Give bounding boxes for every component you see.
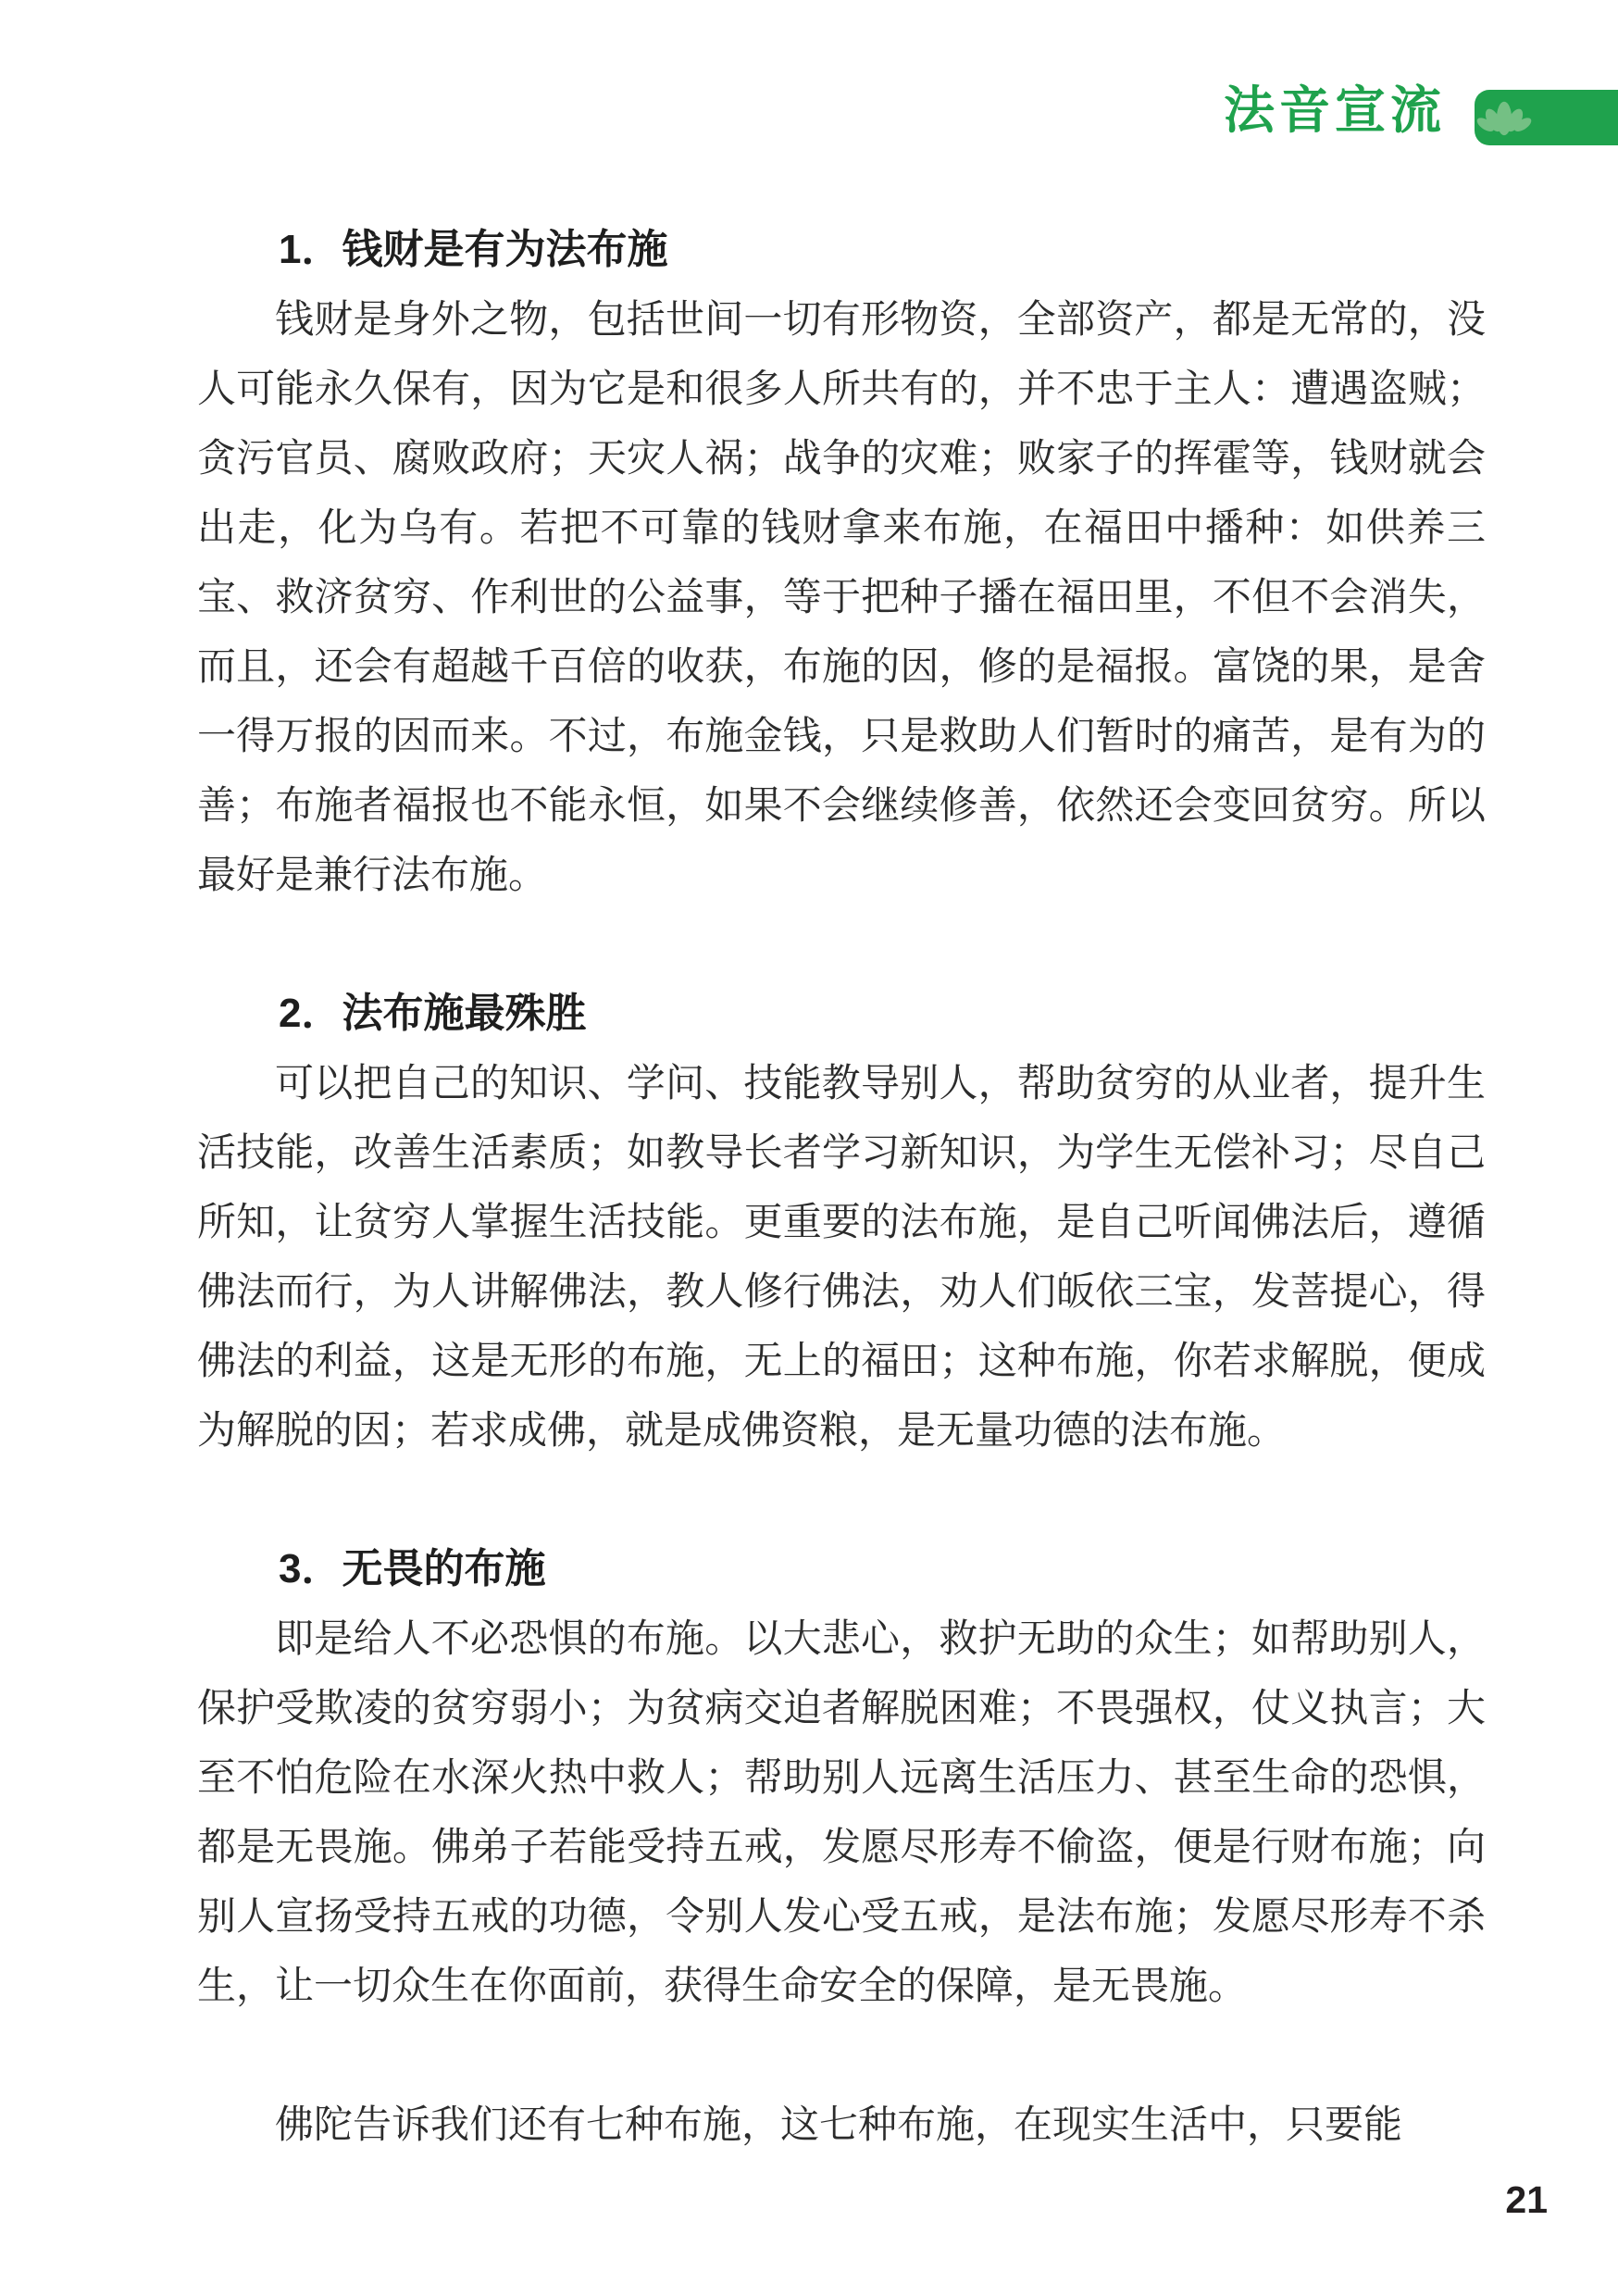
page-content: 1．钱财是有为法布施 钱财是身外之物，包括世间一切有形物资，全部资产，都是无常的… <box>197 215 1486 2159</box>
header-tab <box>1475 90 1618 145</box>
page-header-brand: 法音宣流 <box>1224 85 1446 136</box>
lotus-icon <box>1475 97 1532 138</box>
section-3-heading: 3．无畏的布施 <box>197 1534 1486 1603</box>
section-1-paragraph: 钱财是身外之物，包括世间一切有形物资，全部资产，都是无常的，没人可能永久保有，因… <box>197 284 1486 909</box>
section-2-heading: 2．法布施最殊胜 <box>197 979 1486 1048</box>
section-1-heading: 1．钱财是有为法布施 <box>197 215 1486 284</box>
closing-paragraph: 佛陀告诉我们还有七种布施，这七种布施，在现实生活中，只要能 <box>197 2090 1486 2159</box>
document-page: 法音宣流 1．钱财是有为法布施 钱财是身外之物，包括世间一切有形物资，全部资产，… <box>0 0 1618 2296</box>
section-2-paragraph: 可以把自己的知识、学问、技能教导别人，帮助贫穷的从业者，提升生活技能，改善生活素… <box>197 1048 1486 1465</box>
page-number: 21 <box>1505 2181 1548 2219</box>
section-3-paragraph: 即是给人不必恐惧的布施。以大悲心，救护无助的众生；如帮助别人，保护受欺凌的贫穷弱… <box>197 1603 1486 2020</box>
